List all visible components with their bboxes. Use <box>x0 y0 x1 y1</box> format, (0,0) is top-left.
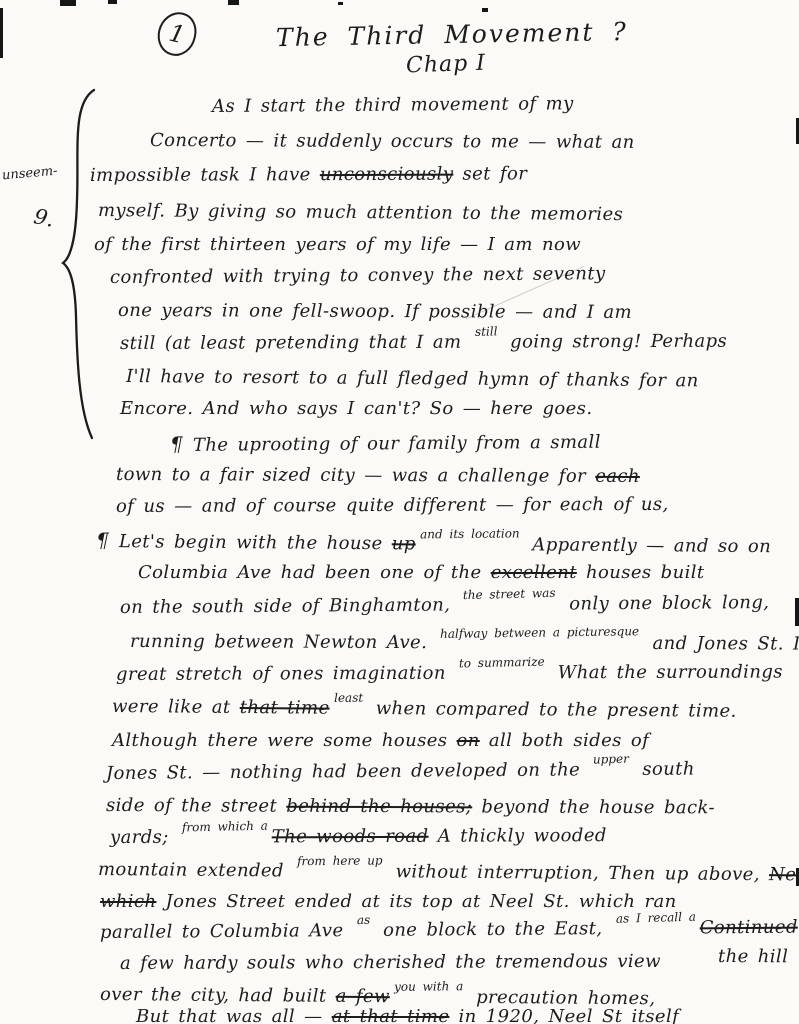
handwritten-text: running between Newton Ave. <box>130 631 436 653</box>
handwritten-text: great stretch of ones imagination <box>116 663 455 685</box>
scan-artifact <box>0 8 3 58</box>
handwritten-text: yards; <box>110 827 178 848</box>
manuscript-line: Columbia Ave had been one of the excelle… <box>138 562 705 583</box>
handwritten-text: only one block long, <box>560 592 769 615</box>
manuscript-line: mountain extended from here up without i… <box>98 859 799 886</box>
manuscript-line: the hill <box>718 946 788 967</box>
paragraph-mark: ¶ <box>170 432 193 456</box>
handwritten-text: Columbia Ave had been one of the <box>138 562 491 583</box>
scan-artifact <box>228 0 239 5</box>
handwritten-text: without interruption, Then up above, <box>386 861 769 885</box>
manuscript-line: of us — and of course quite different — … <box>116 494 669 517</box>
scan-artifact <box>482 8 488 12</box>
manuscript-line: were like at that timeleast when compare… <box>112 696 737 722</box>
struck-out-text: a few <box>336 986 390 1007</box>
handwritten-text: on the south side of Binghamton, <box>120 594 460 618</box>
struck-out-text: excellent <box>491 562 577 583</box>
handwritten-text: Jones St. — nothing had been developed o… <box>106 759 589 784</box>
handwritten-text: As I start the third movement of my <box>212 93 574 117</box>
handwritten-text: set for <box>453 163 527 184</box>
handwritten-text: south <box>633 758 695 779</box>
handwritten-text: The uprooting of our family from a small <box>193 432 601 456</box>
scan-artifact <box>338 2 343 5</box>
inserted-text: from here up <box>297 853 383 868</box>
manuscript-line: Although there were some houses on all b… <box>112 730 649 751</box>
inserted-text: from which a <box>182 819 268 835</box>
handwritten-text: But that was all — <box>136 1006 332 1024</box>
handwritten-text: beyond the house back- <box>472 796 715 818</box>
inserted-text: and its location <box>420 526 520 541</box>
handwritten-text: of us — and of course quite different — … <box>116 494 669 517</box>
inserted-text: least <box>334 691 363 705</box>
struck-out-text: unconsciously <box>320 164 454 186</box>
struck-out-text: behind the houses; <box>286 796 472 818</box>
handwritten-text: mountain extended <box>98 859 293 881</box>
handwritten-text: side of the street <box>106 795 286 817</box>
inserted-text: the street was <box>463 586 556 602</box>
manuscript-line: But that was all — at that time in 1920,… <box>136 1006 679 1024</box>
handwritten-text: Concerto — it suddenly occurs to me — wh… <box>150 130 635 153</box>
handwritten-text: in 1920, Neel St itself <box>449 1006 679 1024</box>
manuscript-line: Encore. And who says I can't? So — here … <box>120 398 592 419</box>
inserted-text: to summarize <box>459 655 545 671</box>
handwritten-text: still (at least pretending that I am <box>120 332 471 354</box>
handwritten-text: over the city, had built <box>100 984 336 1007</box>
manuscript-line: on the south side of Binghamton, the str… <box>120 592 770 618</box>
handwritten-text: town to a fair sized city — was a challe… <box>116 464 595 487</box>
handwritten-text: What the surroundings <box>549 661 783 683</box>
struck-out-text: which <box>100 891 156 912</box>
manuscript-line: side of the street behind the houses; be… <box>106 795 715 818</box>
manuscript-line: town to a fair sized city — was a challe… <box>116 464 640 487</box>
manuscript-line: Concerto — it suddenly occurs to me — wh… <box>150 130 635 153</box>
struck-out-text: each <box>595 466 640 487</box>
inserted-text: upper <box>593 752 629 767</box>
inserted-text: halfway between a picturesque <box>440 624 639 641</box>
scan-artifact <box>60 0 76 6</box>
manuscript-line: one years in one fell-swoop. If possible… <box>118 300 632 323</box>
page-number-text: 1 <box>166 19 187 50</box>
handwritten-text: myself. By giving so much attention to t… <box>98 200 623 225</box>
inserted-text: as <box>356 913 370 927</box>
handwritten-text: Let's begin with the house <box>119 531 392 554</box>
manuscript-line: impossible task I have unconsciously set… <box>90 163 527 186</box>
paragraph-mark: ¶ <box>96 528 119 552</box>
handwritten-text: a few hardy souls who cherished the trem… <box>120 951 661 974</box>
struck-out-text: on <box>457 730 480 751</box>
handwritten-text: and Jones St. It used a <box>643 633 799 655</box>
inserted-text: still <box>474 324 497 338</box>
handwritten-text: the hill <box>718 946 788 967</box>
struck-out-text: up <box>392 533 416 554</box>
inserted-text: you with a <box>394 979 463 994</box>
handwritten-text: going strong! Perhaps <box>501 331 727 353</box>
margin-annotation-word: unseem- <box>1 164 58 184</box>
manuscript-line: a few hardy souls who cherished the trem… <box>120 951 661 974</box>
manuscript-line: myself. By giving so much attention to t… <box>98 200 623 225</box>
scan-artifact <box>108 0 117 4</box>
handwritten-text: all both sides of <box>480 730 649 751</box>
manuscript-line: which Jones Street ended at its top at N… <box>100 891 677 912</box>
manuscript-page: 1 The Third Movement ? Chap I unseem- 9.… <box>0 0 799 1024</box>
handwritten-text: of the first thirteen years of my life —… <box>94 234 581 255</box>
manuscript-line: great stretch of ones imagination to sum… <box>116 661 783 685</box>
struck-out-text: Continued <box>700 917 798 939</box>
manuscript-line: I'll have to resort to a full fledged hy… <box>126 366 699 391</box>
handwritten-text: one block to the East, <box>374 918 612 941</box>
manuscript-line: confronted with trying to convey the nex… <box>110 263 606 288</box>
manuscript-line: parallel to Columbia Ave as one block to… <box>100 916 799 943</box>
manuscript-line: Jones St. — nothing had been developed o… <box>106 758 695 784</box>
handwritten-text: Encore. And who says I can't? So — here … <box>120 398 592 419</box>
handwritten-text: one years in one fell-swoop. If possible… <box>118 300 632 323</box>
struck-out-text: at that time <box>332 1006 450 1024</box>
page-title: The Third Movement ? <box>276 17 628 52</box>
handwritten-text: A thickly wooded <box>429 825 607 847</box>
handwritten-text: Although there were some houses <box>112 730 457 751</box>
margin-brace <box>52 88 100 440</box>
handwritten-text: when compared to the present time. <box>367 698 737 722</box>
struck-out-text: The woods road <box>272 826 429 848</box>
handwritten-text: I'll have to resort to a full fledged hy… <box>126 366 699 391</box>
circled-page-number: 1 <box>154 8 201 59</box>
handwritten-text: Apparently — and so on <box>523 534 771 557</box>
chapter-heading: Chap I <box>406 51 487 79</box>
manuscript-line: ¶ Let's begin with the house upand its l… <box>96 528 771 557</box>
handwritten-text: houses built <box>577 562 705 583</box>
manuscript-line: yards; from which aThe woods road A thic… <box>110 825 607 848</box>
manuscript-line: still (at least pretending that I am sti… <box>120 331 727 354</box>
struck-out-text: that time <box>240 697 330 719</box>
handwritten-text: confronted with trying to convey the nex… <box>110 263 606 288</box>
handwritten-text: impossible task I have <box>90 164 320 186</box>
inserted-text: as I recall a <box>615 910 695 926</box>
manuscript-line: As I start the third movement of my <box>212 93 574 117</box>
manuscript-line: ¶ The uprooting of our family from a sma… <box>170 429 601 456</box>
struck-out-text: Neel St. <box>769 864 799 886</box>
handwritten-text: were like at <box>112 696 240 718</box>
manuscript-line: of the first thirteen years of my life —… <box>94 234 581 255</box>
handwritten-text: Jones Street ended at its top at Neel St… <box>156 891 676 912</box>
scan-artifact <box>795 598 799 626</box>
handwritten-text: parallel to Columbia Ave <box>100 920 353 943</box>
manuscript-line: running between Newton Ave. halfway betw… <box>130 631 799 655</box>
